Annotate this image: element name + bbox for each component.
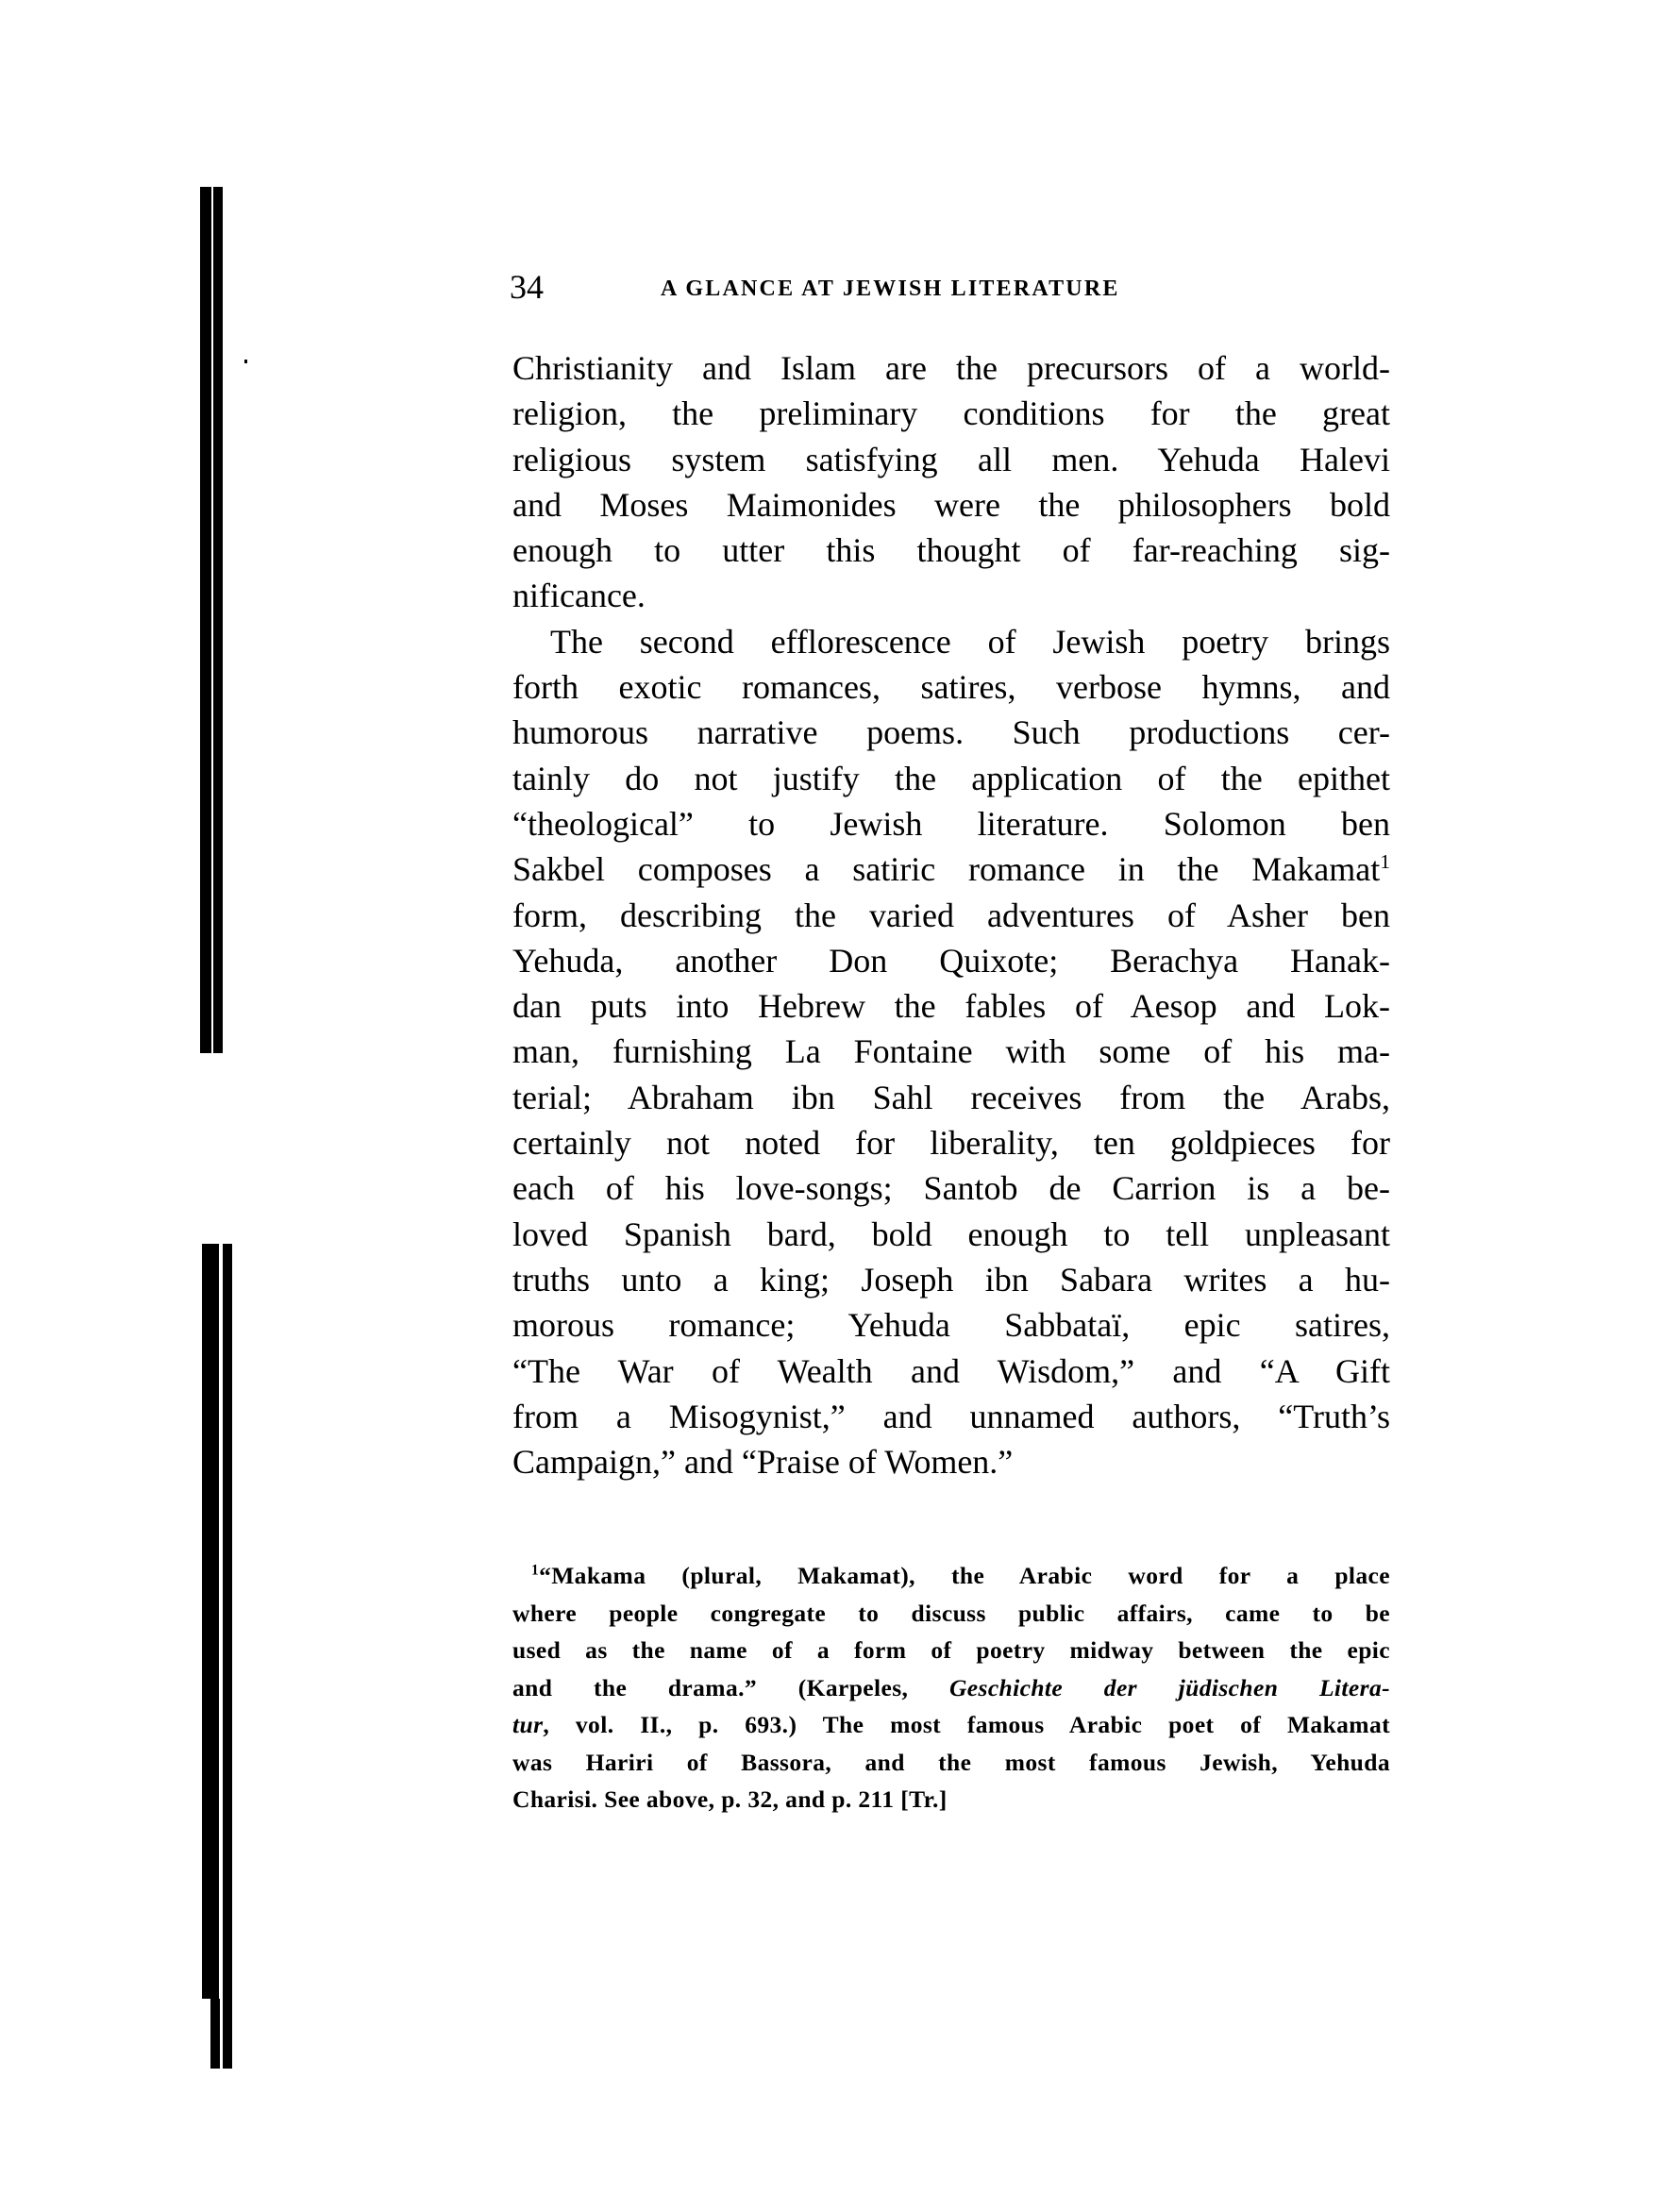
footnote-line: Charisi. See above, p. 32, and p. 211 [T… — [512, 1781, 1390, 1818]
text-line: form, describing the varied adventures o… — [512, 893, 1390, 938]
footnote-line: where people congregate to discuss publi… — [512, 1595, 1390, 1633]
text-line: man, furnishing La Fontaine with some of… — [512, 1029, 1390, 1074]
text-line: religious system satisfying all men. Yeh… — [512, 437, 1390, 482]
footnote-reference[interactable]: 1 — [1380, 850, 1390, 873]
footnote-line: was Hariri of Bassora, and the most famo… — [512, 1744, 1390, 1782]
scan-edge-bar — [210, 1999, 220, 2069]
text-line: enough to utter this thought of far-reac… — [512, 528, 1390, 573]
footnote-line: 1“Makama (plural, Makamat), the Arabic w… — [512, 1557, 1390, 1595]
page-header: 34 A GLANCE AT JEWISH LITERATURE — [0, 268, 1661, 306]
text-line: certainly not noted for liberality, ten … — [512, 1120, 1390, 1165]
text-line: tainly do not justify the application of… — [512, 756, 1390, 801]
text-line: religion, the preliminary conditions for… — [512, 391, 1390, 436]
text-line: Christianity and Islam are the precursor… — [512, 345, 1390, 391]
text-line: “The War of Wealth and Wisdom,” and “A G… — [512, 1349, 1390, 1394]
footnote-marker: 1 — [531, 1563, 539, 1579]
text-line: Yehuda, another Don Quixote; Berachya Ha… — [512, 938, 1390, 983]
text-line: “theological” to Jewish literature. Solo… — [512, 801, 1390, 846]
text-line: each of his love-songs; Santob de Carrio… — [512, 1165, 1390, 1211]
text-line: dan puts into Hebrew the fables of Aesop… — [512, 983, 1390, 1029]
cited-title: Geschichte der jüdischen Litera- — [949, 1674, 1390, 1701]
text-line: from a Misogynist,” and unnamed authors,… — [512, 1394, 1390, 1439]
footnote-line: tur, vol. II., p. 693.) The most famous … — [512, 1706, 1390, 1744]
scan-speck — [244, 360, 247, 363]
text-line: truths unto a king; Joseph ibn Sabara wr… — [512, 1257, 1390, 1302]
footnote: 1“Makama (plural, Makamat), the Arabic w… — [512, 1557, 1390, 1818]
text-line: loved Spanish bard, bold enough to tell … — [512, 1212, 1390, 1257]
page-number: 34 — [510, 268, 544, 306]
text-line: nificance. — [512, 573, 1390, 618]
footnote-line: and the drama.” (Karpeles, Geschichte de… — [512, 1669, 1390, 1707]
footnote-text: and the drama.” (Karpeles, — [512, 1674, 949, 1701]
text-line-content: Sakbel composes a satiric romance in the… — [512, 850, 1380, 888]
scan-edge-bar — [200, 472, 208, 1053]
text-line: Sakbel composes a satiric romance in the… — [512, 846, 1390, 892]
text-line: and Moses Maimonides were the philosophe… — [512, 482, 1390, 528]
scan-edge-bar — [202, 1244, 219, 1999]
text-line: terial; Abraham ibn Sahl receives from t… — [512, 1075, 1390, 1120]
scan-edge-bar — [213, 187, 223, 1053]
text-line: forth exotic romances, satires, verbose … — [512, 664, 1390, 710]
scan-edge-bar — [223, 1244, 232, 2069]
running-head: A GLANCE AT JEWISH LITERATURE — [661, 272, 1120, 306]
text-line: morous romance; Yehuda Sabbataï, epic sa… — [512, 1302, 1390, 1348]
body-text: Christianity and Islam are the precursor… — [512, 345, 1390, 1484]
footnote-line: used as the name of a form of poetry mid… — [512, 1632, 1390, 1669]
text-line: The second efflorescence of Jewish poetr… — [512, 619, 1390, 664]
footnote-text: , vol. II., p. 693.) The most famous Ara… — [543, 1711, 1390, 1738]
book-page: 34 A GLANCE AT JEWISH LITERATURE Christi… — [0, 0, 1661, 2212]
cited-title: tur — [512, 1711, 543, 1738]
footnote-text: “Makama (plural, Makamat), the Arabic wo… — [539, 1562, 1390, 1589]
text-line: Campaign,” and “Praise of Women.” — [512, 1439, 1390, 1484]
text-line: humorous narrative poems. Such productio… — [512, 710, 1390, 755]
